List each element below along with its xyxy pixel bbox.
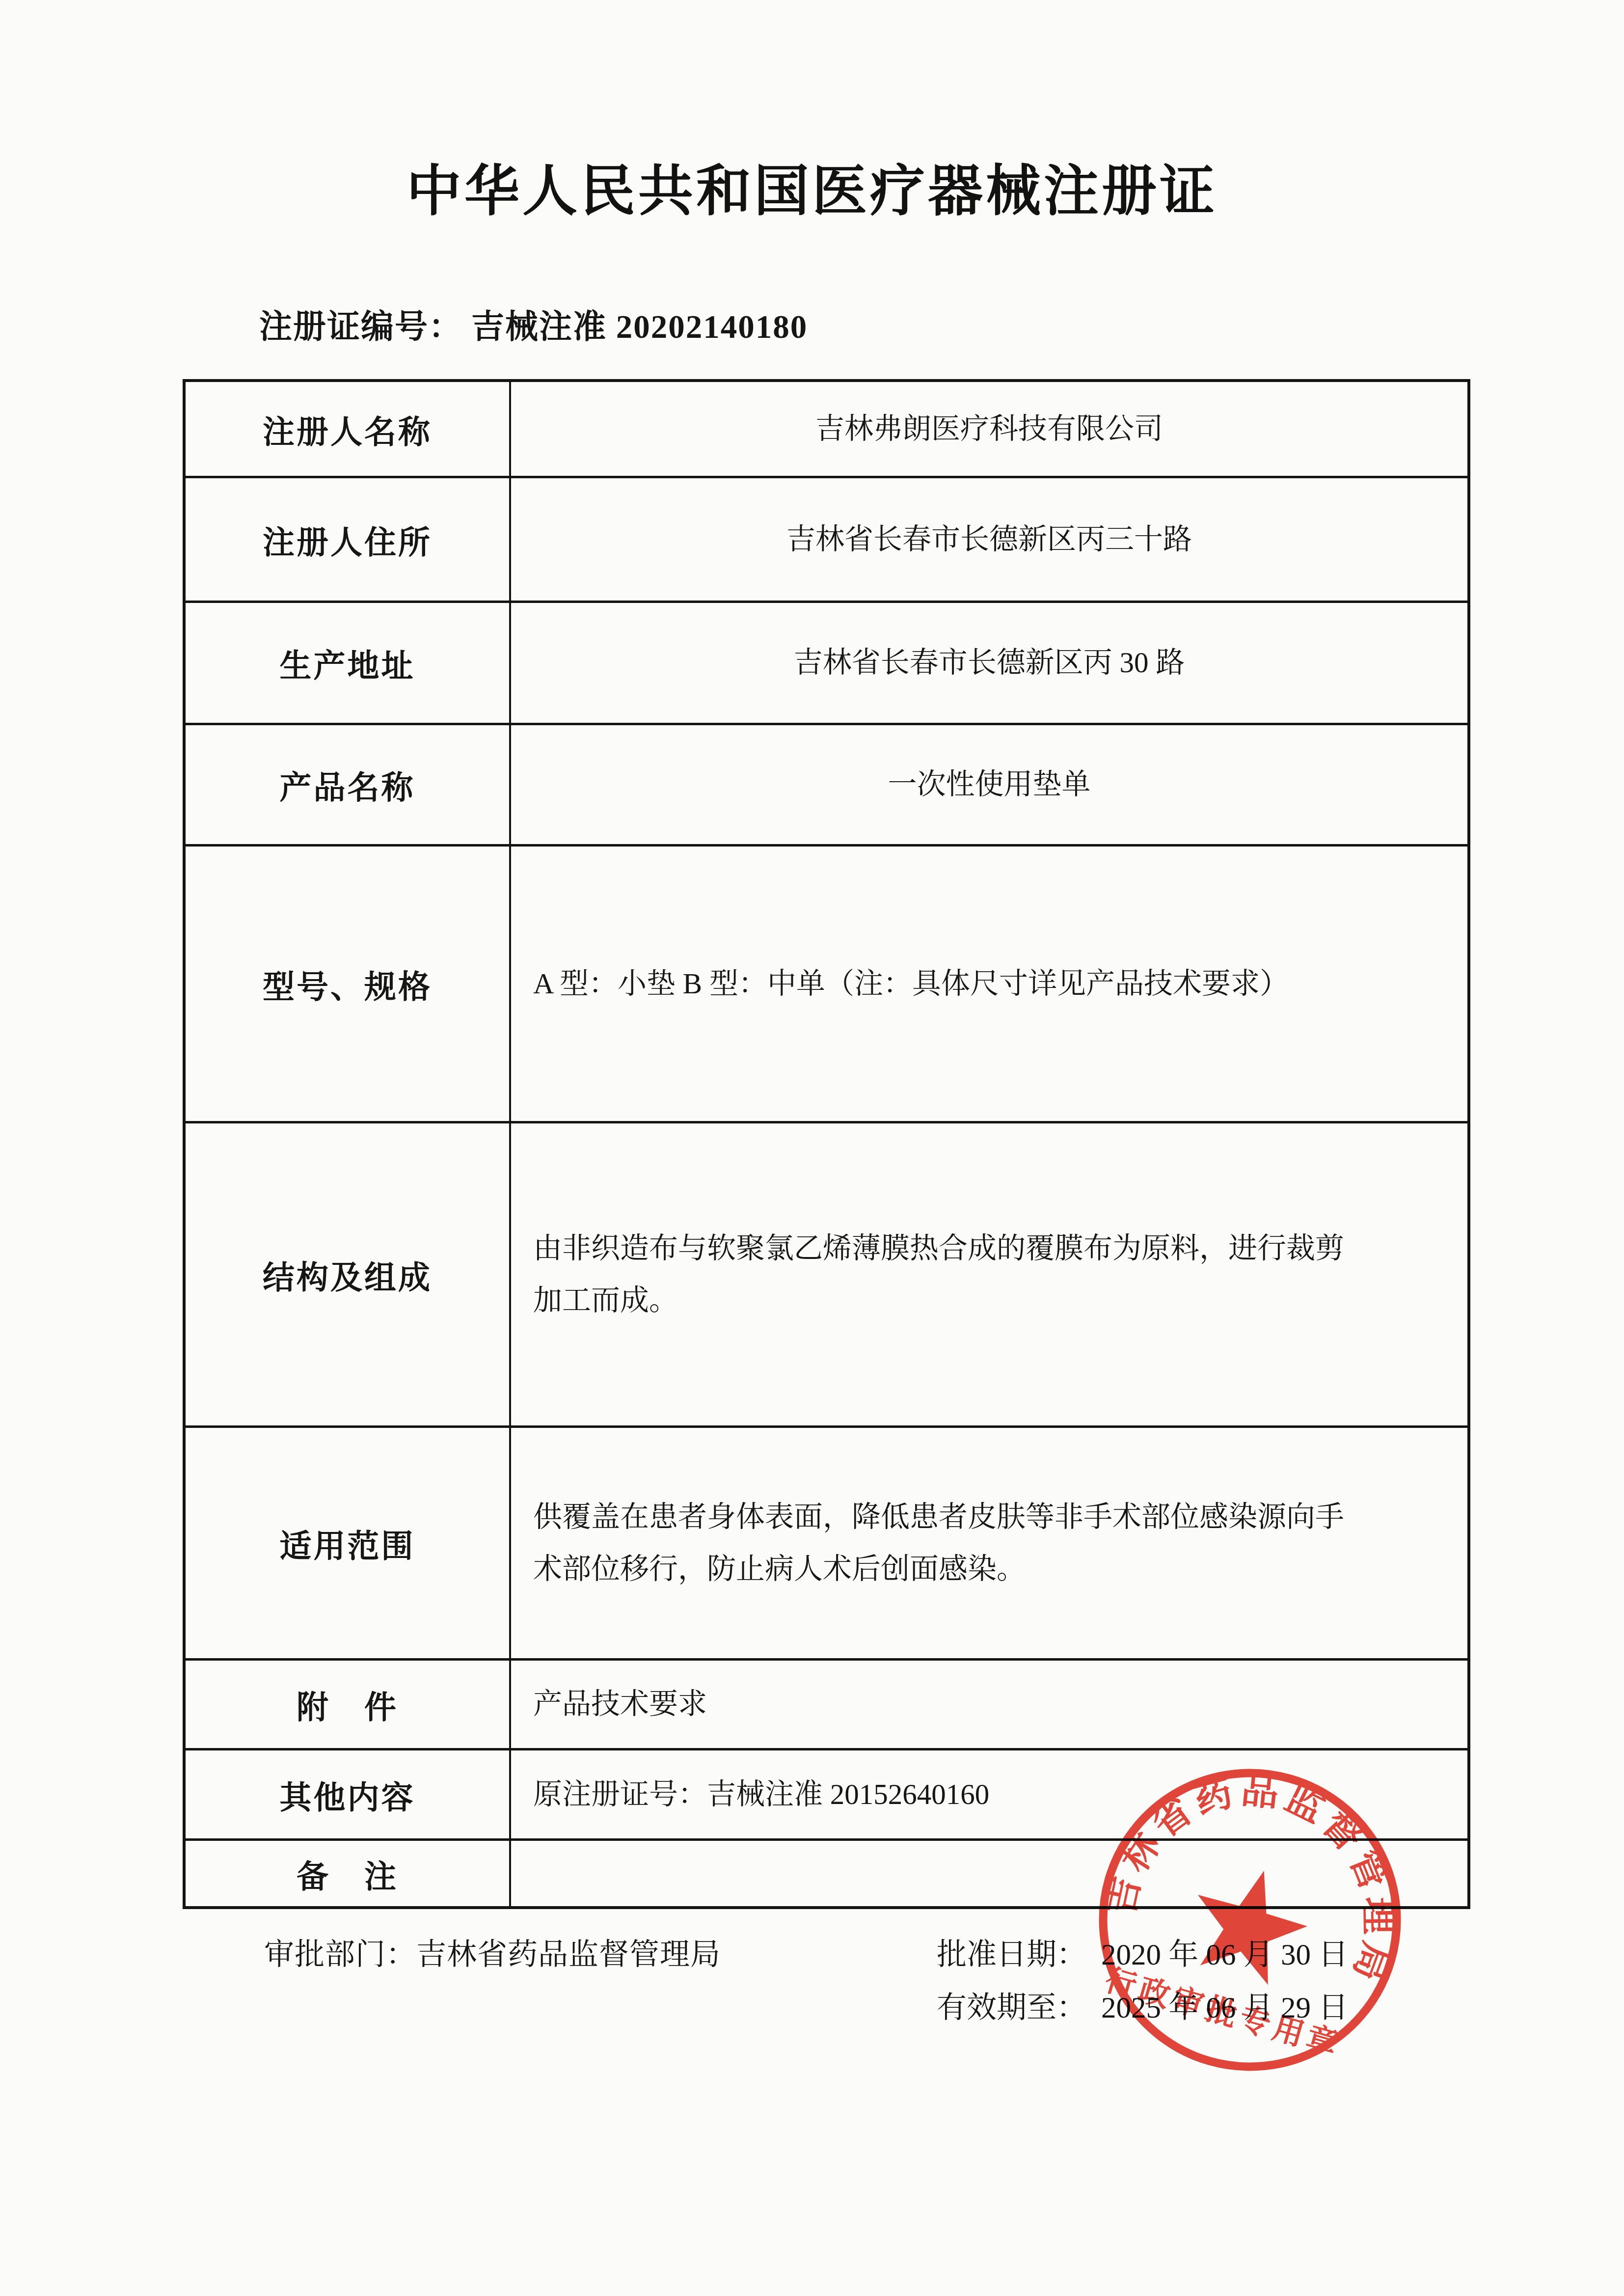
row-value: 供覆盖在患者身体表面，降低患者皮肤等非手术部位感染源向手 术部位移行，防止病人术… bbox=[511, 1428, 1467, 1658]
table-row-model-spec: 型号、规格 A 型：小垫 B 型：中单（注：具体尺寸详见产品技术要求） bbox=[186, 844, 1467, 1121]
table-row-registrant-name: 注册人名称 吉林弗朗医疗科技有限公司 bbox=[186, 382, 1467, 476]
row-value: 由非织造布与软聚氯乙烯薄膜热合成的覆膜布为原料，进行裁剪 加工而成。 bbox=[511, 1123, 1467, 1425]
row-label: 附 件 bbox=[186, 1661, 511, 1748]
row-value: 吉林弗朗医疗科技有限公司 bbox=[511, 382, 1467, 476]
row-label: 其他内容 bbox=[186, 1750, 511, 1838]
registration-table: 注册人名称 吉林弗朗医疗科技有限公司 注册人住所 吉林省长春市长德新区丙三十路 … bbox=[183, 379, 1470, 1909]
approval-department-line: 审批部门：吉林省药品监督管理局 bbox=[264, 1931, 721, 1973]
table-row-production-address: 生产地址 吉林省长春市长德新区丙 30 路 bbox=[186, 601, 1467, 723]
approval-date-value: 2020 年 06 月 30 日 bbox=[1101, 1939, 1348, 1971]
table-row-structure-composition: 结构及组成 由非织造布与软聚氯乙烯薄膜热合成的覆膜布为原料，进行裁剪 加工而成。 bbox=[186, 1121, 1467, 1425]
cert-number-line: 注册证编号：吉械注准 20202140180 bbox=[259, 301, 808, 348]
row-value bbox=[511, 1841, 1467, 1906]
row-label: 备 注 bbox=[186, 1841, 511, 1906]
row-value: 吉林省长春市长德新区丙三十路 bbox=[511, 478, 1467, 601]
row-label: 产品名称 bbox=[186, 725, 511, 844]
table-row-remarks: 备 注 bbox=[186, 1838, 1467, 1906]
row-label: 注册人住所 bbox=[186, 478, 511, 601]
valid-until-value: 2025 年 06 月 29 日 bbox=[1101, 1992, 1348, 2024]
certificate-page: { "page": { "title": "中华人民共和国医疗器械注册证", "… bbox=[0, 0, 1624, 2296]
cert-number-label: 注册证编号： bbox=[259, 309, 462, 345]
approval-date-label: 批准日期： bbox=[937, 1939, 1086, 1971]
table-row-registrant-address: 注册人住所 吉林省长春市长德新区丙三十路 bbox=[186, 476, 1467, 601]
page-title: 中华人民共和国医疗器械注册证 bbox=[0, 147, 1624, 226]
table-row-scope-of-application: 适用范围 供覆盖在患者身体表面，降低患者皮肤等非手术部位感染源向手 术部位移行，… bbox=[186, 1425, 1467, 1658]
row-label: 型号、规格 bbox=[186, 847, 511, 1121]
row-value: 一次性使用垫单 bbox=[511, 725, 1467, 844]
valid-until-line: 有效期至：2025 年 06 月 29 日 bbox=[937, 1984, 1348, 2026]
row-label: 生产地址 bbox=[186, 603, 511, 723]
table-row-attachment: 附 件 产品技术要求 bbox=[186, 1658, 1467, 1748]
table-row-product-name: 产品名称 一次性使用垫单 bbox=[186, 723, 1467, 844]
row-value: A 型：小垫 B 型：中单（注：具体尺寸详见产品技术要求） bbox=[511, 847, 1467, 1121]
row-label: 注册人名称 bbox=[186, 382, 511, 476]
row-label: 结构及组成 bbox=[186, 1123, 511, 1425]
row-value: 产品技术要求 bbox=[511, 1661, 1467, 1748]
row-value: 吉林省长春市长德新区丙 30 路 bbox=[511, 603, 1467, 723]
row-label: 适用范围 bbox=[186, 1428, 511, 1658]
table-row-other-content: 其他内容 原注册证号：吉械注准 20152640160 bbox=[186, 1748, 1467, 1838]
row-value: 原注册证号：吉械注准 20152640160 bbox=[511, 1750, 1467, 1838]
valid-until-label: 有效期至： bbox=[937, 1992, 1086, 2024]
cert-number-value: 吉械注准 20202140180 bbox=[471, 309, 808, 345]
approval-date-line: 批准日期：2020 年 06 月 30 日 bbox=[937, 1931, 1348, 1973]
